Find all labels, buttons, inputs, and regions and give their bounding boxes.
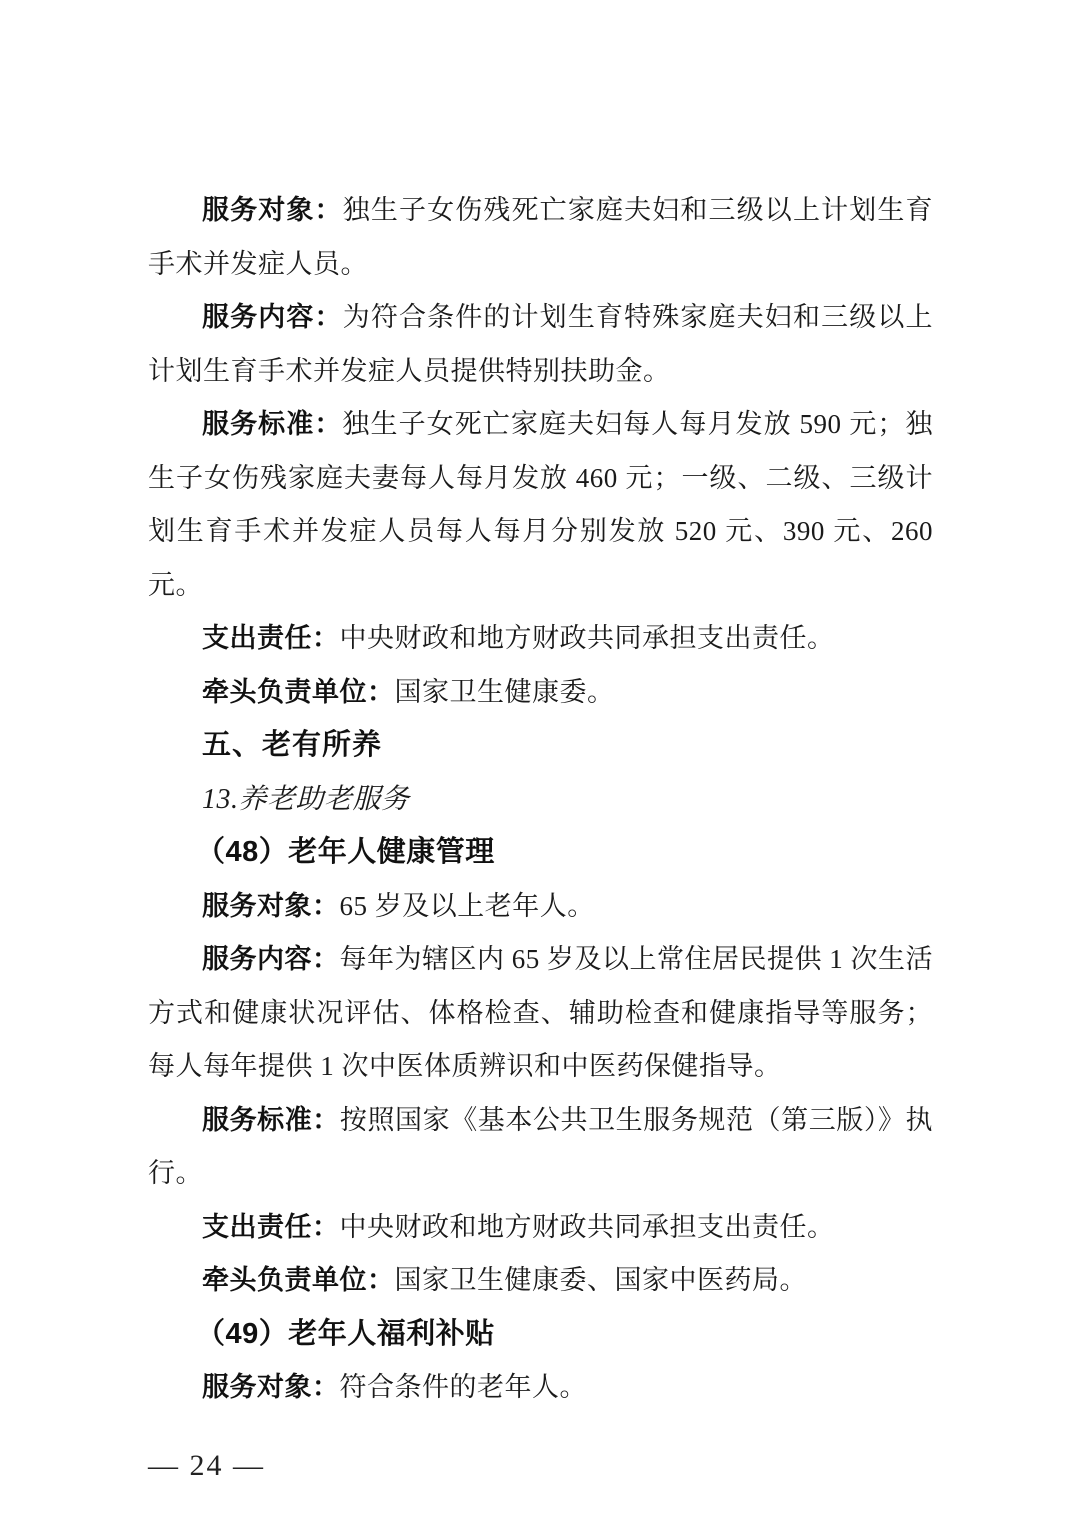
paragraph-service-content-47: 服务内容：为符合条件的计划生育特殊家庭夫妇和三级以上计划生育手术并发症人员提供特…	[148, 291, 933, 398]
field-label-service-target-48: 服务对象：	[202, 891, 340, 921]
paragraph-service-standard-48: 服务标准：按照国家《基本公共卫生服务规范（第三版）》执行。	[148, 1094, 933, 1201]
field-label-service-content: 服务内容：	[202, 302, 343, 332]
paragraph-expenditure-responsibility-48: 支出责任：中央财政和地方财政共同承担支出责任。	[148, 1201, 933, 1255]
paragraph-lead-unit-48: 牵头负责单位：国家卫生健康委、国家中医药局。	[148, 1254, 933, 1308]
paragraph-service-standard-47: 服务标准：独生子女死亡家庭夫妇每人每月发放 590 元；独生子女伤残家庭夫妻每人…	[148, 398, 933, 612]
field-label-service-target-49: 服务对象：	[202, 1372, 340, 1402]
field-label-service-standard: 服务标准：	[202, 409, 342, 439]
paragraph-service-target-47: 服务对象：独生子女伤残死亡家庭夫妇和三级以上计划生育手术并发症人员。	[148, 184, 933, 291]
field-label-service-standard-48: 服务标准：	[202, 1105, 340, 1135]
field-label-service-content-48: 服务内容：	[202, 944, 340, 974]
field-text-lead-unit: 国家卫生健康委。	[395, 677, 615, 707]
paragraph-lead-unit-47: 牵头负责单位：国家卫生健康委。	[148, 666, 933, 720]
field-text-service-target-48: 65 岁及以上老年人。	[340, 891, 595, 921]
paragraph-expenditure-responsibility-47: 支出责任：中央财政和地方财政共同承担支出责任。	[148, 612, 933, 666]
field-text-service-target-49: 符合条件的老年人。	[340, 1372, 588, 1402]
field-label-service-target: 服务对象：	[202, 195, 343, 225]
page-number: — 24 —	[148, 1448, 933, 1484]
paragraph-service-target-49: 服务对象：符合条件的老年人。	[148, 1361, 933, 1415]
field-label-lead-unit: 牵头负责单位：	[202, 677, 395, 707]
field-label-expenditure: 支出责任：	[202, 623, 340, 653]
subsection-heading-13-elderly-services: 13.养老助老服务	[148, 773, 933, 827]
section-heading-5-elderly-care: 五、老有所养	[148, 719, 933, 773]
document-page: 服务对象：独生子女伤残死亡家庭夫妇和三级以上计划生育手术并发症人员。 服务内容：…	[0, 0, 1080, 1527]
item-heading-48-elderly-health-management: （48）老年人健康管理	[148, 826, 933, 880]
field-text-expenditure: 中央财政和地方财政共同承担支出责任。	[340, 623, 835, 653]
field-text-expenditure-48: 中央财政和地方财政共同承担支出责任。	[340, 1212, 835, 1242]
item-heading-49-elderly-welfare-subsidy: （49）老年人福利补贴	[148, 1308, 933, 1362]
field-label-expenditure-48: 支出责任：	[202, 1212, 340, 1242]
field-label-lead-unit-48: 牵头负责单位：	[202, 1265, 395, 1295]
paragraph-service-target-48: 服务对象：65 岁及以上老年人。	[148, 880, 933, 934]
field-text-lead-unit-48: 国家卫生健康委、国家中医药局。	[395, 1265, 808, 1295]
paragraph-service-content-48: 服务内容：每年为辖区内 65 岁及以上常住居民提供 1 次生活方式和健康状况评估…	[148, 933, 933, 1094]
